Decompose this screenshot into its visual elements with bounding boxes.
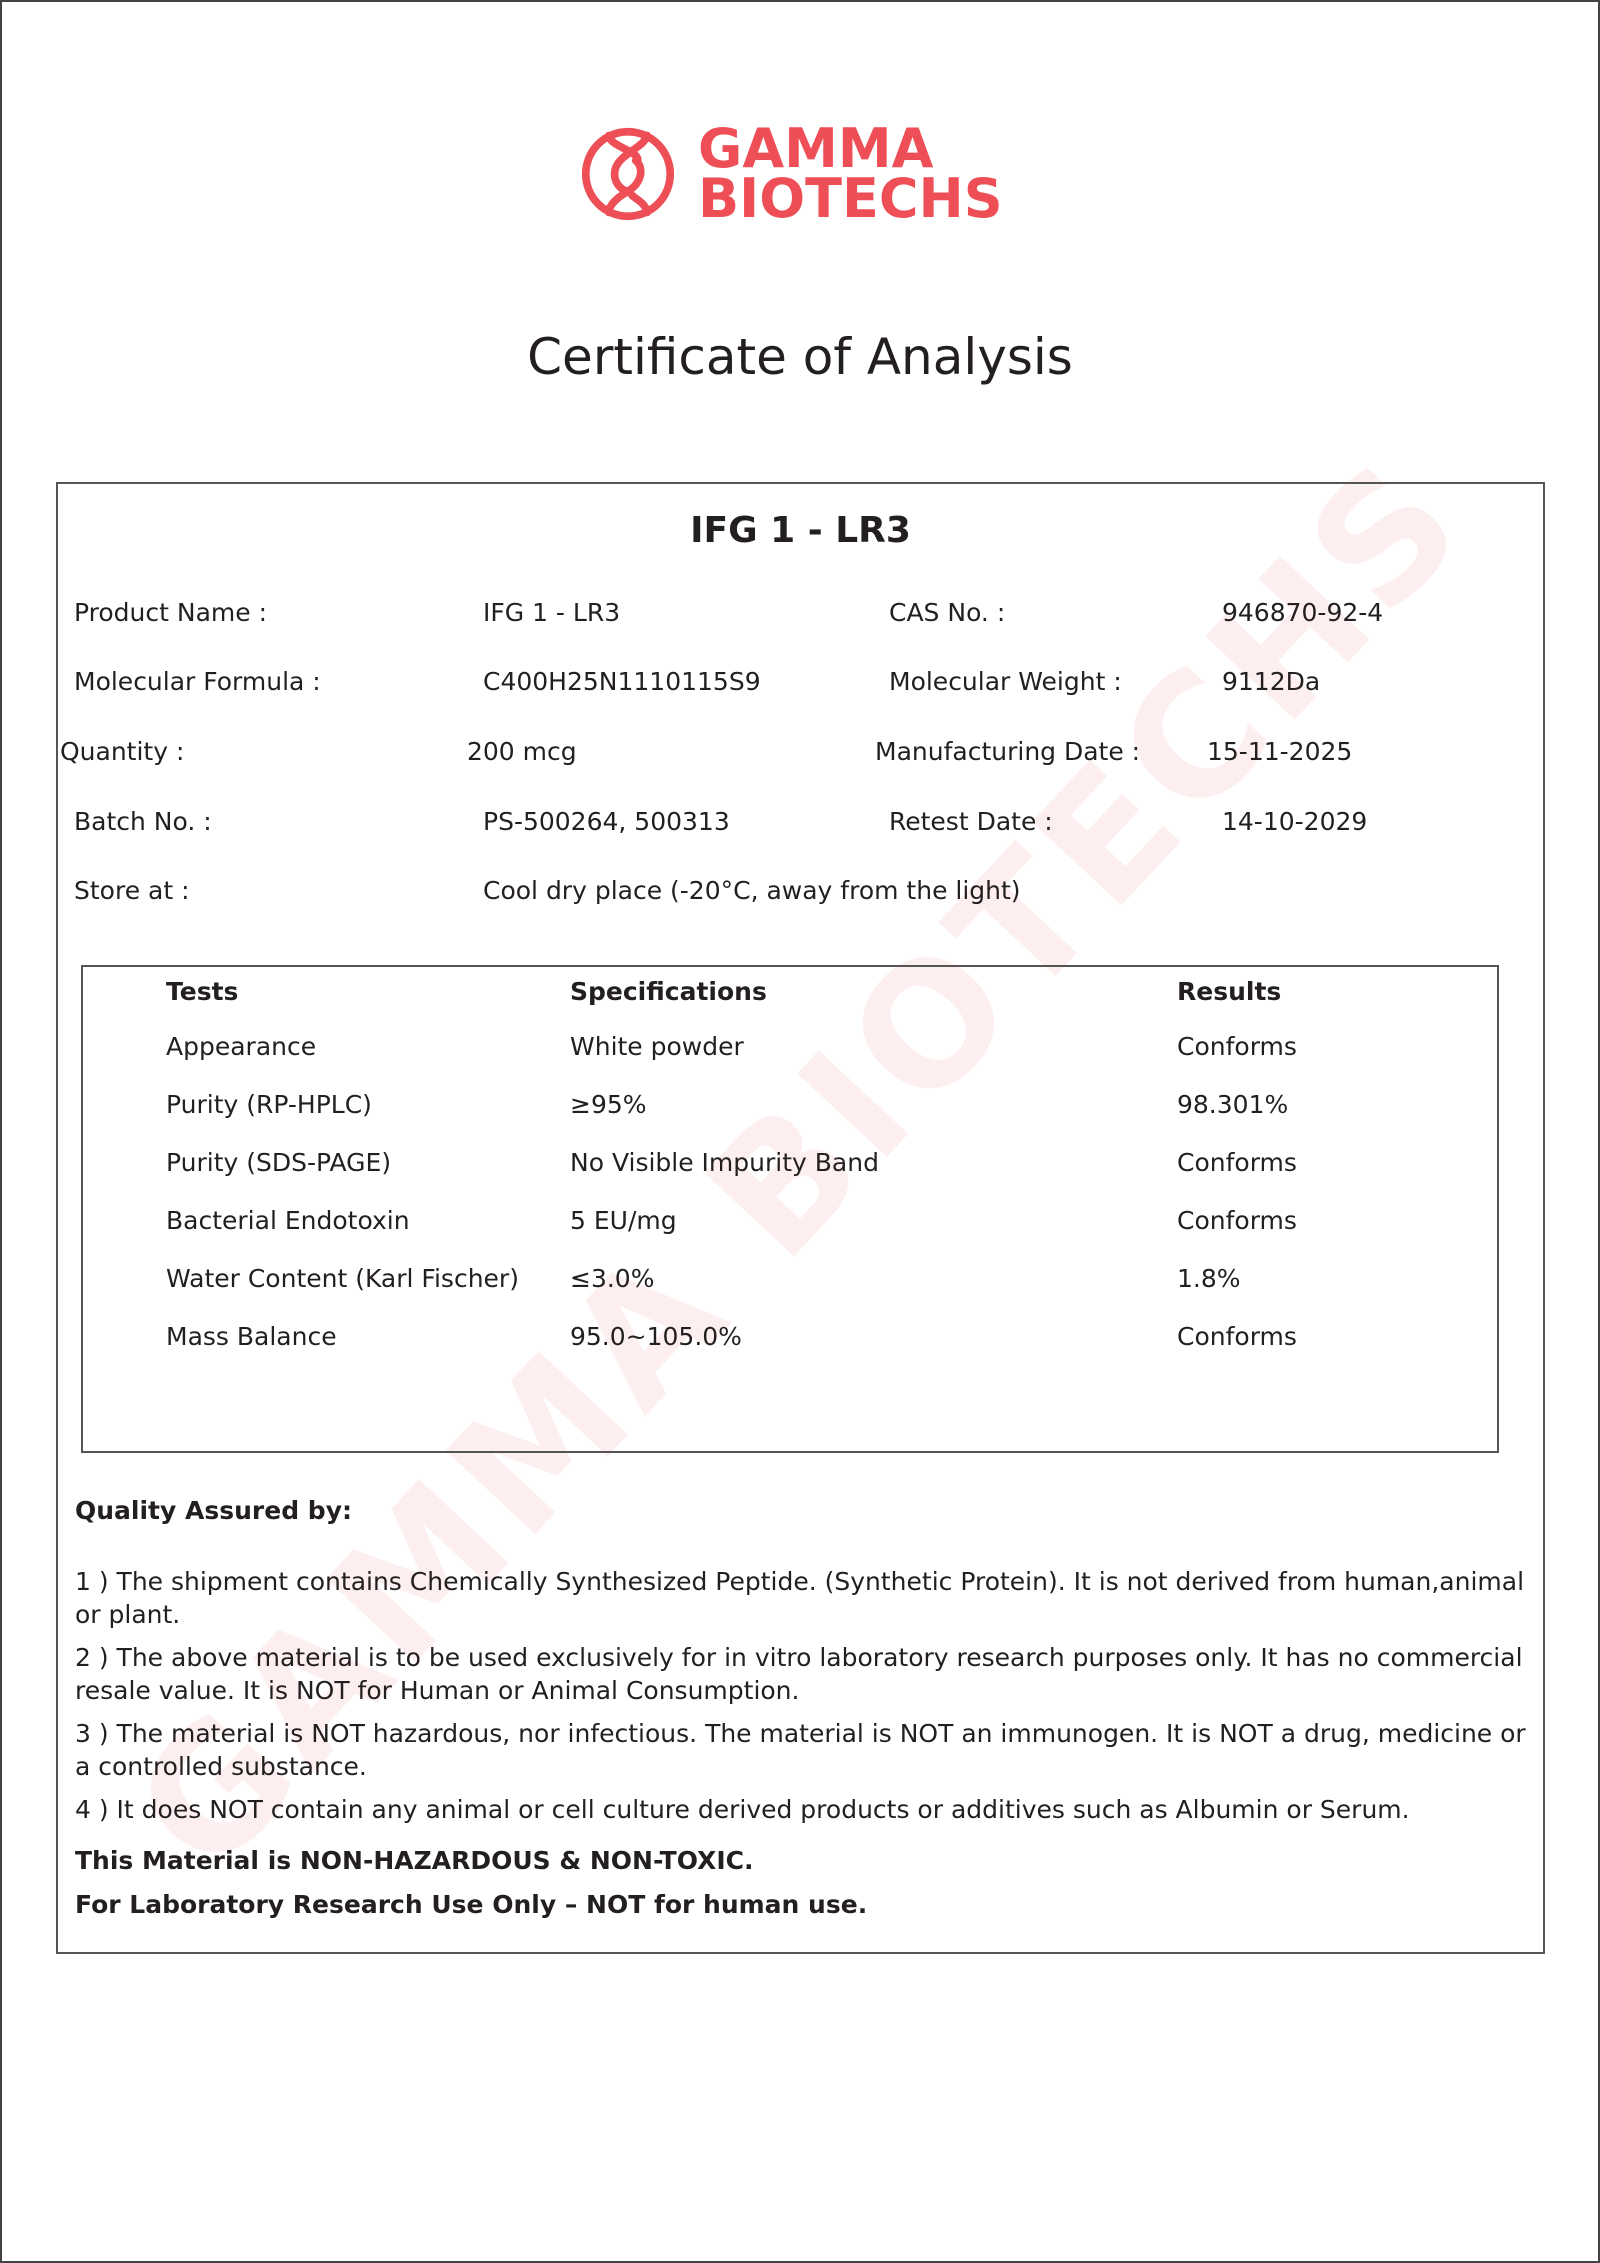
test-name: Purity (SDS-PAGE) xyxy=(166,1148,391,1177)
test-specification: 5 EU/mg xyxy=(570,1206,677,1235)
test-result: Conforms xyxy=(1177,1032,1297,1061)
product-name-value: IFG 1 - LR3 xyxy=(483,598,620,627)
page-title: Certificate of Analysis xyxy=(0,328,1600,386)
test-specification: White powder xyxy=(570,1032,744,1061)
test-specification: 95.0~105.0% xyxy=(570,1322,742,1351)
molecular-formula-label: Molecular Formula : xyxy=(74,667,321,696)
test-name: Bacterial Endotoxin xyxy=(166,1206,410,1235)
test-result: 1.8% xyxy=(1177,1264,1241,1293)
retest-date-label: Retest Date : xyxy=(889,807,1053,836)
molecular-weight-value: 9112Da xyxy=(1222,667,1320,696)
tests-table: TestsSpecificationsResultsAppearanceWhit… xyxy=(81,965,1499,1453)
table-row: Water Content (Karl Fischer)≤3.0%1.8% xyxy=(83,1264,1497,1304)
test-name: Mass Balance xyxy=(166,1322,337,1351)
table-header-row: TestsSpecificationsResults xyxy=(83,977,1497,1017)
manufacturing-date-label: Manufacturing Date : xyxy=(875,737,1140,766)
test-specification: ≥95% xyxy=(570,1090,647,1119)
quality-note: 4 ) It does NOT contain any animal or ce… xyxy=(75,1793,1535,1826)
batch-no-label: Batch No. : xyxy=(74,807,212,836)
manufacturing-date-value: 15-11-2025 xyxy=(1207,737,1352,766)
quality-heading: Quality Assured by: xyxy=(75,1496,1535,1525)
quality-note: 1 ) The shipment contains Chemically Syn… xyxy=(75,1565,1535,1631)
research-use-notice: For Laboratory Research Use Only – NOT f… xyxy=(75,1890,1535,1920)
cas-no-value: 946870-92-4 xyxy=(1222,598,1383,627)
product-name-label: Product Name : xyxy=(74,598,267,627)
store-at-value: Cool dry place (-20°C, away from the lig… xyxy=(483,876,1021,905)
test-specification: ≤3.0% xyxy=(570,1264,654,1293)
test-result: Conforms xyxy=(1177,1148,1297,1177)
quantity-value: 200 mcg xyxy=(467,737,577,766)
hazard-notice: This Material is NON-HAZARDOUS & NON-TOX… xyxy=(75,1846,1535,1876)
test-specification: No Visible Impurity Band xyxy=(570,1148,879,1177)
test-name: Water Content (Karl Fischer) xyxy=(166,1264,519,1293)
brand-name: GAMMA BIOTECHS xyxy=(698,124,1003,224)
table-row: Bacterial Endotoxin5 EU/mgConforms xyxy=(83,1206,1497,1246)
dna-helix-circle-icon xyxy=(580,126,676,222)
quantity-label: Quantity : xyxy=(60,737,184,766)
header-tests: Tests xyxy=(166,977,238,1006)
test-result: Conforms xyxy=(1177,1322,1297,1351)
cas-no-label: CAS No. : xyxy=(889,598,1005,627)
brand-logo: GAMMA BIOTECHS xyxy=(580,124,1003,224)
store-at-label: Store at : xyxy=(74,876,190,905)
quality-section: Quality Assured by: 1 ) The shipment con… xyxy=(75,1496,1535,1920)
batch-no-value: PS-500264, 500313 xyxy=(483,807,730,836)
table-row: Mass Balance95.0~105.0%Conforms xyxy=(83,1322,1497,1362)
table-row: AppearanceWhite powderConforms xyxy=(83,1032,1497,1072)
test-result: 98.301% xyxy=(1177,1090,1288,1119)
table-row: Purity (SDS-PAGE)No Visible Impurity Ban… xyxy=(83,1148,1497,1188)
quality-notes: 1 ) The shipment contains Chemically Syn… xyxy=(75,1565,1535,1826)
retest-date-value: 14-10-2029 xyxy=(1222,807,1367,836)
header-results: Results xyxy=(1177,977,1281,1006)
product-heading: IFG 1 - LR3 xyxy=(58,510,1543,551)
header-specifications: Specifications xyxy=(570,977,767,1006)
test-name: Appearance xyxy=(166,1032,316,1061)
quality-note: 2 ) The above material is to be used exc… xyxy=(75,1641,1535,1707)
test-name: Purity (RP-HPLC) xyxy=(166,1090,372,1119)
quality-note: 3 ) The material is NOT hazardous, nor i… xyxy=(75,1717,1535,1783)
test-result: Conforms xyxy=(1177,1206,1297,1235)
molecular-formula-value: C400H25N1110115S9 xyxy=(483,667,761,696)
table-row: Purity (RP-HPLC)≥95%98.301% xyxy=(83,1090,1497,1130)
brand-name-line2: BIOTECHS xyxy=(698,174,1003,224)
molecular-weight-label: Molecular Weight : xyxy=(889,667,1122,696)
